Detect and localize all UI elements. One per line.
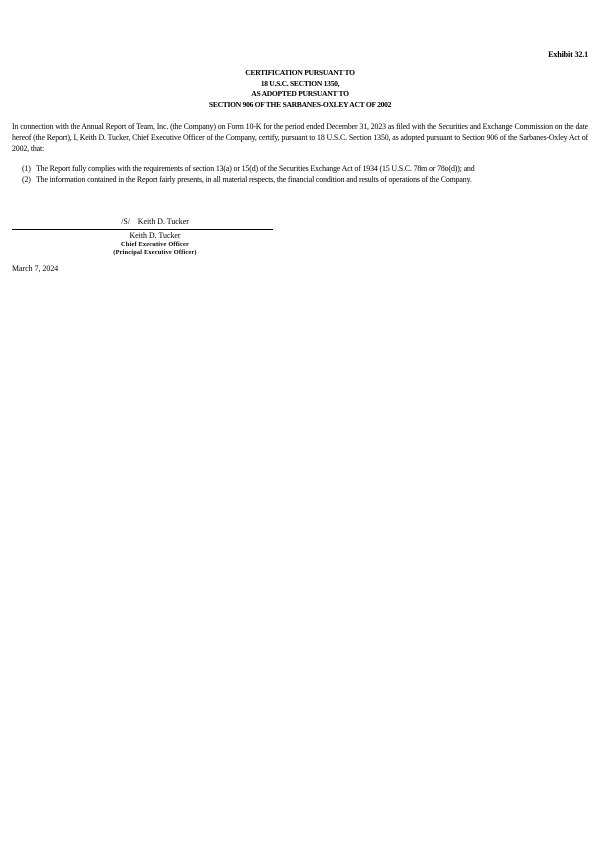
list-item-text: The Report fully complies with the requi… <box>36 163 475 174</box>
exhibit-label: Exhibit 32.1 <box>548 50 588 59</box>
signer-title: Chief Executive Officer <box>12 241 273 249</box>
intro-paragraph: In connection with the Annual Report of … <box>12 121 588 154</box>
list-item-text: The information contained in the Report … <box>36 174 472 185</box>
certification-title: CERTIFICATION PURSUANT TO 18 U.S.C. SECT… <box>0 68 600 110</box>
list-item-number: (2) <box>22 174 36 185</box>
title-line: SECTION 906 OF THE SARBANES-OXLEY ACT OF… <box>0 100 600 111</box>
signer-subtitle: (Principal Executive Officer) <box>12 249 273 257</box>
title-line: 18 U.S.C. SECTION 1350, <box>0 79 600 90</box>
certification-list: (1) The Report fully complies with the r… <box>22 163 582 185</box>
signature-block: /S/ Keith D. Tucker Keith D. Tucker Chie… <box>12 216 273 257</box>
title-line: AS ADOPTED PURSUANT TO <box>0 89 600 100</box>
signature-line: /S/ Keith D. Tucker <box>12 216 273 227</box>
document-page: Exhibit 32.1 CERTIFICATION PURSUANT TO 1… <box>0 0 600 848</box>
list-item: (2) The information contained in the Rep… <box>22 174 582 185</box>
signer-name: Keith D. Tucker <box>12 231 273 241</box>
signature-rule <box>12 229 273 230</box>
list-item-number: (1) <box>22 163 36 174</box>
title-line: CERTIFICATION PURSUANT TO <box>0 68 600 79</box>
list-item: (1) The Report fully complies with the r… <box>22 163 582 174</box>
signature-date: March 7, 2024 <box>12 264 58 273</box>
